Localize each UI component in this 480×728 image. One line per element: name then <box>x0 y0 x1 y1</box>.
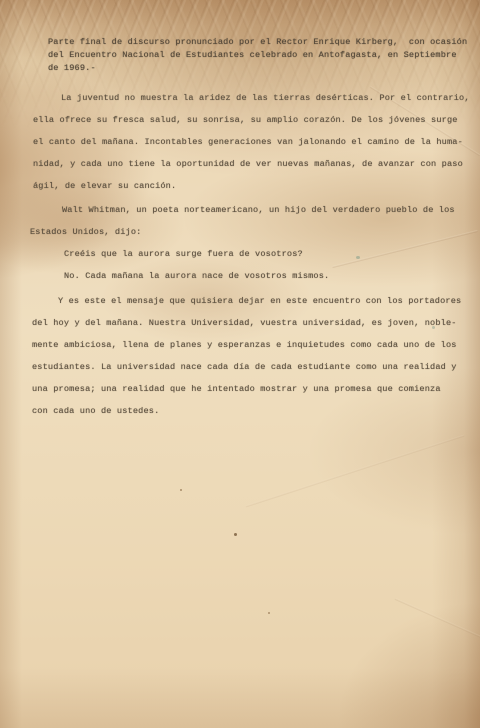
body-line: mente ambiciosa, llena de planes y esper… <box>32 340 457 350</box>
ink-speck <box>180 489 182 491</box>
body-line: Y es este el mensaje que quisiera dejar … <box>58 296 461 306</box>
stain-speck <box>356 256 360 259</box>
body-line: La juventud no muestra la aridez de las … <box>61 93 470 103</box>
paper-crease <box>245 435 464 508</box>
body-line: el canto del mañana. Incontables generac… <box>33 137 463 147</box>
header-line: del Encuentro Nacional de Estudiantes ce… <box>48 50 457 60</box>
header-line: Parte final de discurso pronunciado por … <box>48 37 467 47</box>
body-line: Walt Whitman, un poeta norteamericano, u… <box>62 205 455 215</box>
body-line: nidad, y cada uno tiene la oportunidad d… <box>33 159 463 169</box>
paper-crease <box>332 230 478 268</box>
body-line: una promesa; una realidad que he intenta… <box>32 384 441 394</box>
body-line: del hoy y del mañana. Nuestra Universida… <box>32 318 457 328</box>
body-line: ella ofrece su fresca salud, su sonrisa,… <box>33 115 458 125</box>
ink-speck <box>268 612 270 614</box>
body-line: con cada uno de ustedes. <box>32 406 159 416</box>
paper-crease <box>394 598 480 645</box>
quote-line: Creéis que la aurora surge fuera de voso… <box>64 249 303 259</box>
scanned-document-page: Parte final de discurso pronunciado por … <box>0 0 480 728</box>
body-line: ágil, de elevar su canción. <box>33 181 176 191</box>
header-line: de 1969.- <box>48 63 96 73</box>
ink-speck <box>234 533 237 536</box>
quote-line: No. Cada mañana la aurora nace de vosotr… <box>64 271 329 281</box>
body-line: Estados Unidos, dijo: <box>30 227 141 237</box>
body-line: estudiantes. La universidad nace cada dí… <box>32 362 457 372</box>
